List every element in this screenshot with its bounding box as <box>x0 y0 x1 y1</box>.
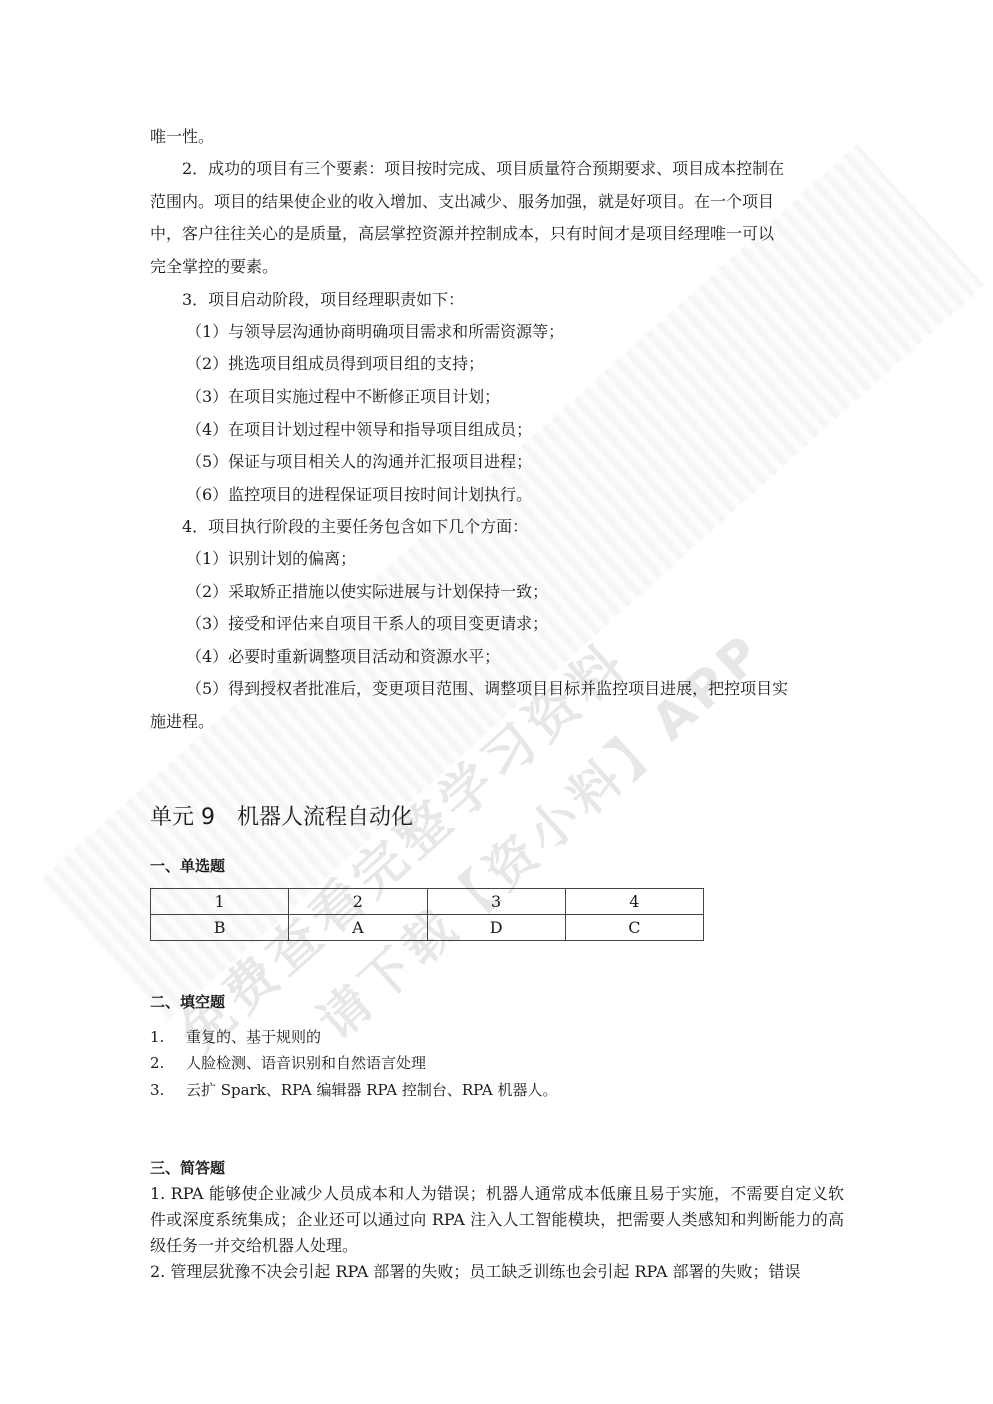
item4-point-1: （1）识别计划的偏离； <box>186 549 356 569</box>
table-cell: C <box>565 915 703 941</box>
item4-point-3: （3）接受和评估来自项目干系人的项目变更请求； <box>186 614 548 634</box>
item-text: 云扩 Spark、RPA 编辑器 RPA 控制台、RPA 机器人。 <box>186 1081 557 1099</box>
fill-blank-item: 2.人脸检测、语音识别和自然语言处理 <box>150 1053 426 1073</box>
item4-point-2: （2）采取矫正措施以使实际进展与计划保持一致； <box>186 582 548 602</box>
short-answer-item-1: 1. RPA 能够使企业减少人员成本和人为错误；机器人通常成本低廉且易于实施，不… <box>150 1181 844 1259</box>
item4-intro: 4．项目执行阶段的主要任务包含如下几个方面： <box>182 517 528 537</box>
item-number: 1. <box>150 1027 186 1047</box>
item2-line-1: 2．成功的项目有三个要素：项目按时完成、项目质量符合预期要求、项目成本控制在 <box>182 159 784 179</box>
item3-point-6: （6）监控项目的进程保证项目按时间计划执行。 <box>186 485 532 505</box>
item3-intro: 3．项目启动阶段，项目经理职责如下： <box>182 290 464 310</box>
item4-point-5: （5）得到授权者批准后，变更项目范围、调整项目目标并监控项目进展，把控项目实 <box>186 679 788 699</box>
item-number: 2. <box>150 1053 186 1073</box>
continuation-text: 唯一性。 <box>150 127 214 147</box>
fill-blank-title: 二、填空题 <box>150 992 225 1012</box>
item4-point-4: （4）必要时重新调整项目活动和资源水平； <box>186 647 500 667</box>
item-text: 重复的、基于规则的 <box>186 1028 321 1046</box>
unit-title: 单元 9 机器人流程自动化 <box>150 804 413 832</box>
item2-line-4: 完全掌控的要素。 <box>150 257 278 277</box>
table-row: B A D C <box>151 915 704 941</box>
item3-point-4: （4）在项目计划过程中领导和指导项目组成员； <box>186 420 532 440</box>
item3-point-2: （2）挑选项目组成员得到项目组的支持； <box>186 354 484 374</box>
item4-last-line: 施进程。 <box>150 712 214 732</box>
item3-point-3: （3）在项目实施过程中不断修正项目计划； <box>186 387 500 407</box>
short-answer-item-2: 2. 管理层犹豫不决会引起 RPA 部署的失败；员工缺乏训练也会引起 RPA 部… <box>150 1259 844 1285</box>
table-cell: B <box>151 915 289 941</box>
item-text: 人脸检测、语音识别和自然语言处理 <box>186 1054 426 1072</box>
fill-blank-item: 3.云扩 Spark、RPA 编辑器 RPA 控制台、RPA 机器人。 <box>150 1080 557 1100</box>
single-choice-answer-table: 1 2 3 4 B A D C <box>150 888 704 941</box>
table-header-row: 1 2 3 4 <box>151 889 704 915</box>
item2-line-3: 中，客户往往关心的是质量，高层掌控资源并控制成本，只有时间才是项目经理唯一可以 <box>150 224 774 244</box>
item2-line-2: 范围内。项目的结果使企业的收入增加、支出减少、服务加强，就是好项目。在一个项目 <box>150 192 774 212</box>
item3-point-1: （1）与领导层沟通协商明确项目需求和所需资源等； <box>186 322 564 342</box>
table-header-cell: 1 <box>151 889 289 915</box>
item-number: 3. <box>150 1080 186 1100</box>
short-answer-title: 三、简答题 <box>150 1158 225 1178</box>
table-header-cell: 2 <box>289 889 427 915</box>
table-cell: D <box>427 915 565 941</box>
table-header-cell: 3 <box>427 889 565 915</box>
item3-point-5: （5）保证与项目相关人的沟通并汇报项目进程； <box>186 452 532 472</box>
table-cell: A <box>289 915 427 941</box>
fill-blank-item: 1.重复的、基于规则的 <box>150 1027 321 1047</box>
table-header-cell: 4 <box>565 889 703 915</box>
single-choice-title: 一、单选题 <box>150 856 225 876</box>
